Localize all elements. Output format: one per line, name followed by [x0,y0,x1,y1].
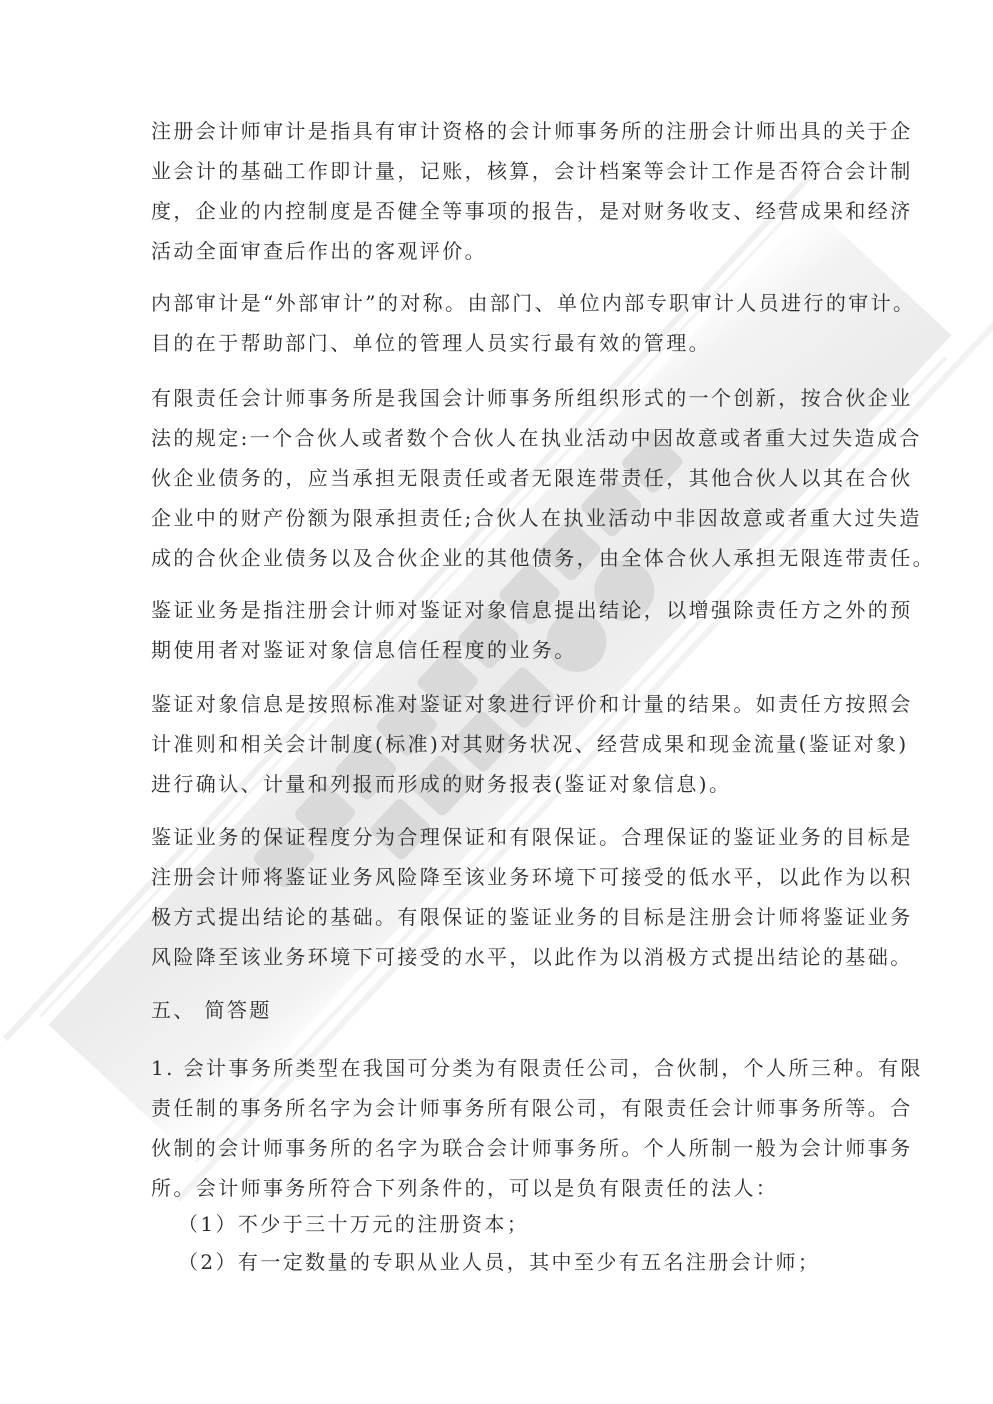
text-line: 伙制的会计师事务所的名字为联合会计师事务所。个人所制一般为会计师事务 [151,1128,861,1168]
text-line: 进行确认、计量和列报而形成的财务报表(鉴证对象信息)。 [151,764,861,804]
paragraph-cpa-audit: 注册会计师审计是指具有审计资格的会计师事务所的注册会计师出具的关于企 业会计的基… [151,111,861,271]
text-line: 期使用者对鉴证对象信息信任程度的业务。 [151,630,861,670]
text-line: 法的规定:一个合伙人或者数个合伙人在执业活动中因故意或者重大过失造成合 [151,418,861,458]
text-line: 企业中的财产份额为限承担责任;合伙人在执业活动中非因故意或者重大过失造 [151,498,861,538]
text-line: 内部审计是“外部审计”的对称。由部门、单位内部专职审计人员进行的审计。 [151,283,861,323]
paragraph-subject-matter-information: 鉴证对象信息是按照标准对鉴证对象进行评价和计量的结果。如责任方按照会 计准则和相… [151,684,861,804]
condition-item: （2）有一定数量的专职从业人员，其中至少有五名注册会计师； [151,1243,861,1281]
text-line: 业会计的基础工作即计量，记账，核算，会计档案等会计工作是否符合会计制 [151,151,861,191]
text-line: 鉴证业务是指注册会计师对鉴证对象信息提出结论，以增强除责任方之外的预 [151,590,861,630]
text-line: 度，企业的内控制度是否健全等事项的报告，是对财务收支、经营成果和经济 [151,191,861,231]
text-line: 注册会计师审计是指具有审计资格的会计师事务所的注册会计师出具的关于企 [151,111,861,151]
text-line: 极方式提出结论的基础。有限保证的鉴证业务的目标是注册会计师将鉴证业务 [151,897,861,937]
text-line: 成的合伙企业债务以及合伙企业的其他债务，由全体合伙人承担无限连带责任。 [151,538,861,578]
paragraph-assurance-level: 鉴证业务的保证程度分为合理保证和有限保证。合理保证的鉴证业务的目标是 注册会计师… [151,817,861,977]
text-line: 目的在于帮助部门、单位的管理人员实行最有效的管理。 [151,323,861,363]
text-line: 所。会计师事务所符合下列条件的，可以是负有限责任的法人： [151,1168,861,1208]
text-line: 1. 会计事务所类型在我国可分类为有限责任公司，合伙制，个人所三种。有限 [151,1048,861,1088]
text-line: 活动全面审查后作出的客观评价。 [151,231,861,271]
text-line: 鉴证对象信息是按照标准对鉴证对象进行评价和计量的结果。如责任方按照会 [151,684,861,724]
answer-item-1: 1. 会计事务所类型在我国可分类为有限责任公司，合伙制，个人所三种。有限 责任制… [151,1048,861,1208]
paragraph-limited-liability-firm: 有限责任会计师事务所是我国会计师事务所组织形式的一个创新，按合伙企业 法的规定:… [151,378,861,578]
text-line: 伙企业债务的，应当承担无限责任或者无限连带责任，其他合伙人以其在合伙 [151,458,861,498]
section-heading: 五、 简答题 [151,990,272,1030]
text-line: 计准则和相关会计制度(标准)对其财务状况、经营成果和现金流量(鉴证对象) [151,724,861,764]
text-line: 注册会计师将鉴证业务风险降至该业务环境下可接受的低水平，以此作为以积 [151,857,861,897]
conditions-list: （1）不少于三十万元的注册资本； （2）有一定数量的专职从业人员，其中至少有五名… [151,1205,861,1281]
text-line: 风险降至该业务环境下可接受的水平，以此作为以消极方式提出结论的基础。 [151,937,861,977]
text-line: 鉴证业务的保证程度分为合理保证和有限保证。合理保证的鉴证业务的目标是 [151,817,861,857]
paragraph-internal-audit: 内部审计是“外部审计”的对称。由部门、单位内部专职审计人员进行的审计。 目的在于… [151,283,861,363]
text-line: 责任制的事务所名字为会计师事务所有限公司，有限责任会计师事务所等。合 [151,1088,861,1128]
text-line: 有限责任会计师事务所是我国会计师事务所组织形式的一个创新，按合伙企业 [151,378,861,418]
paragraph-assurance-engagement: 鉴证业务是指注册会计师对鉴证对象信息提出结论，以增强除责任方之外的预 期使用者对… [151,590,861,670]
condition-item: （1）不少于三十万元的注册资本； [151,1205,861,1243]
